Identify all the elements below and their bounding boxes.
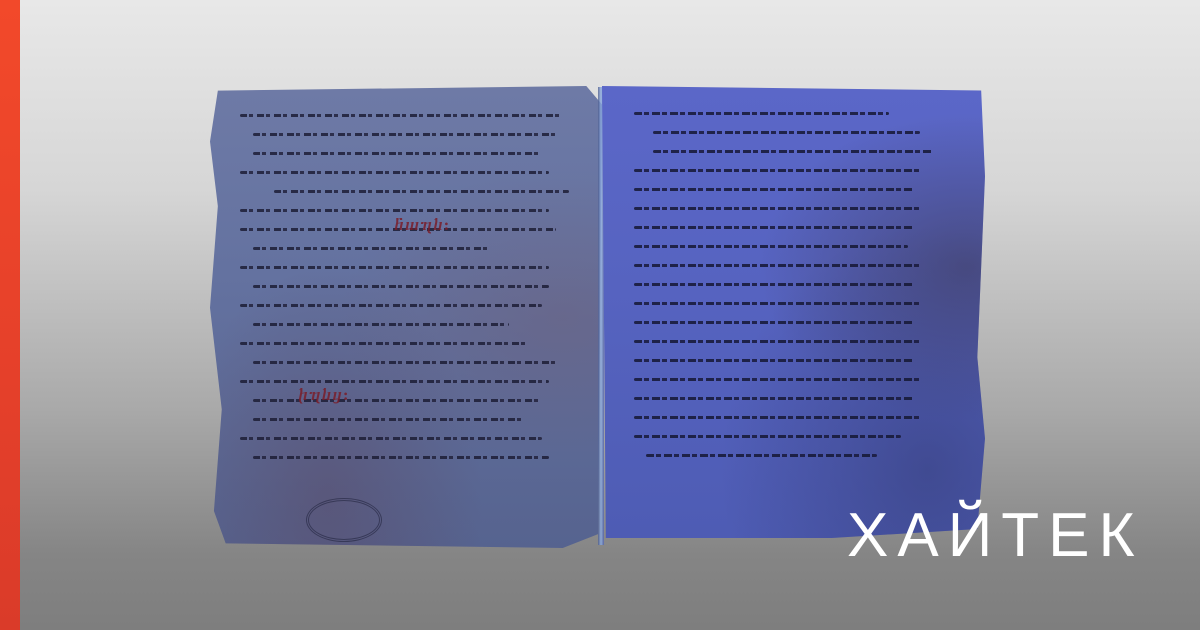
brand-accent-strip: [0, 0, 20, 630]
manuscript-right-page: [602, 86, 985, 538]
red-rubric-heading: ⴙⴄⴑⴘ:: [298, 386, 349, 404]
library-stamp: [306, 498, 382, 542]
manuscript-left-page: ⴌⴍⴄⴑ: ⴙⴄⴑⴘ:: [210, 86, 602, 548]
right-page-text: [634, 112, 945, 473]
left-page-text: [240, 114, 576, 475]
manuscript-photo: ⴌⴍⴄⴑ: ⴙⴄⴑⴘ:: [210, 83, 985, 553]
haytek-logo: ХАЙТЕК: [847, 505, 1144, 567]
red-rubric-heading: ⴌⴍⴄⴑ:: [394, 216, 450, 234]
